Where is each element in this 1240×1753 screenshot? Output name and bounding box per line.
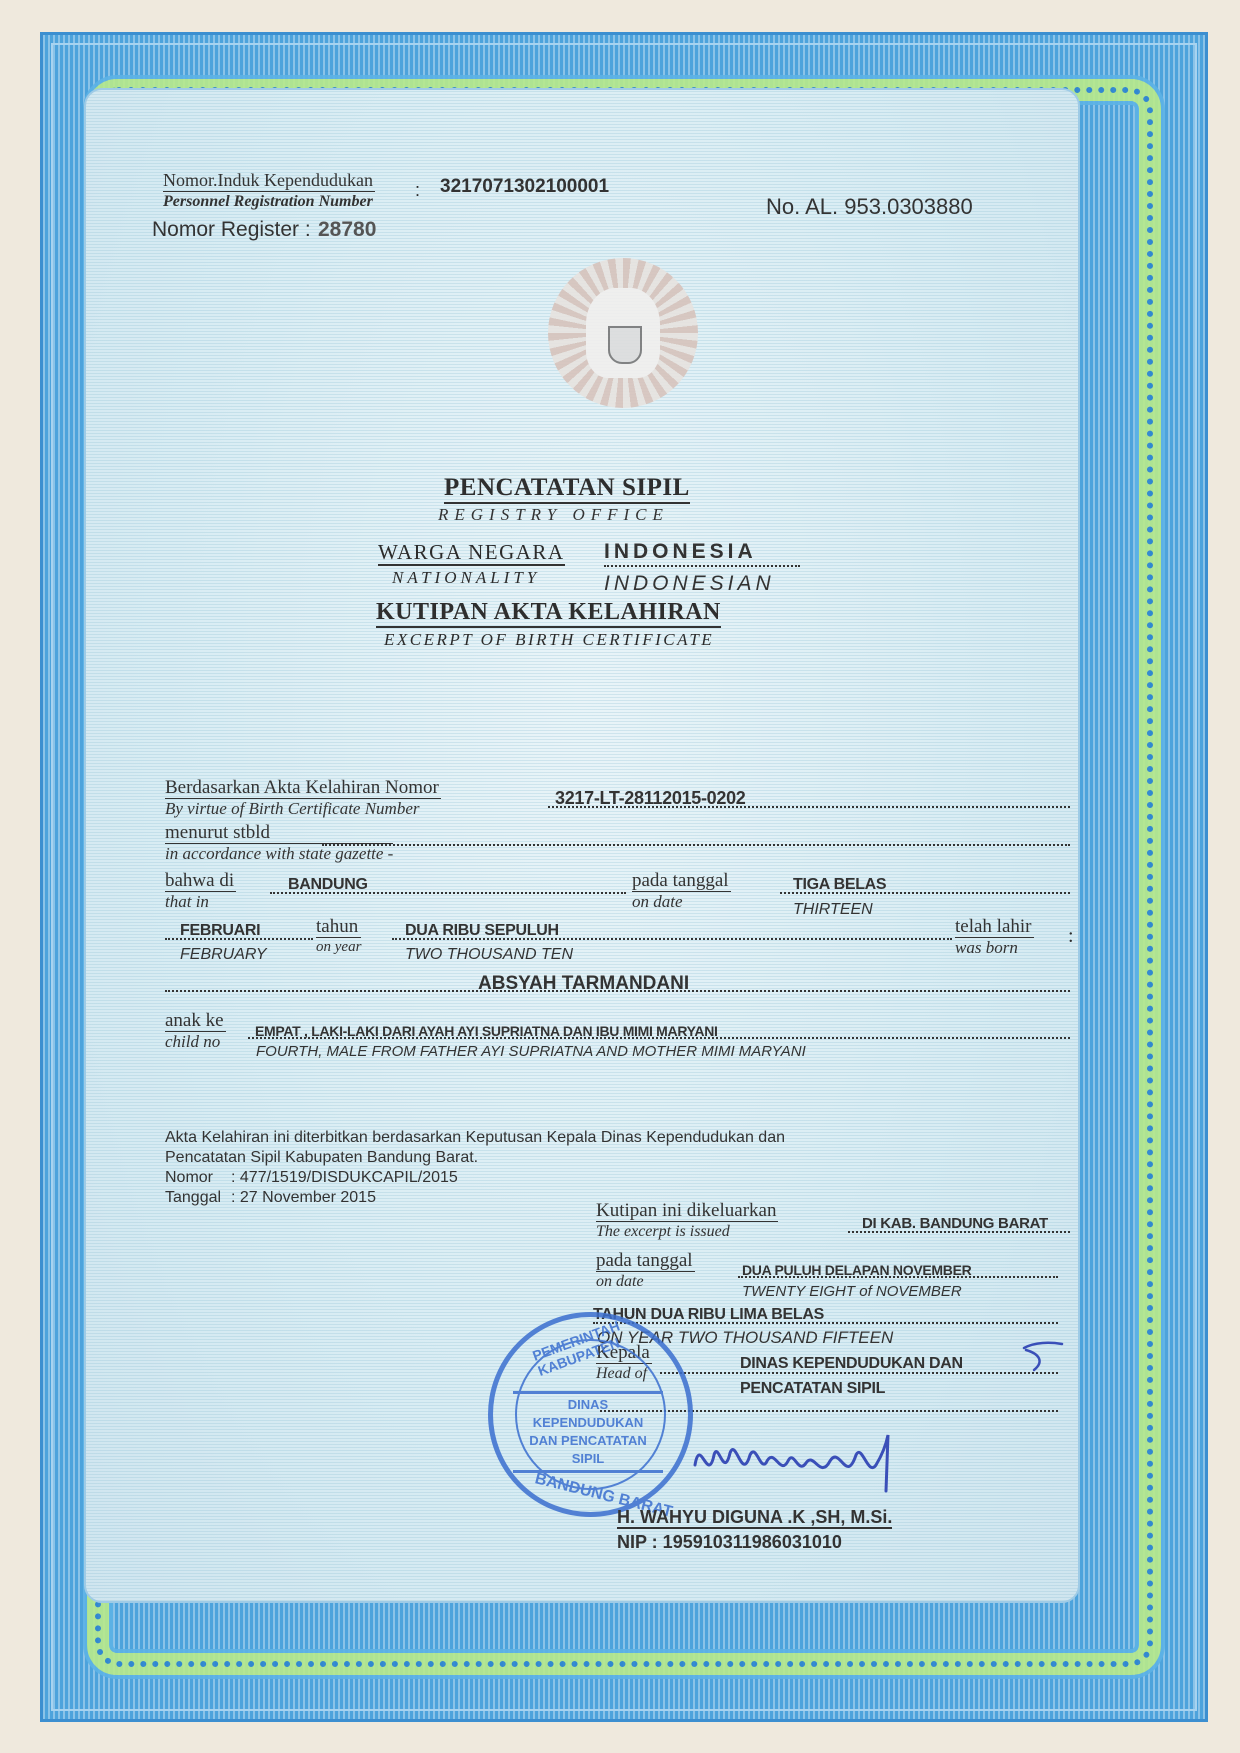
date-dots bbox=[780, 892, 1070, 894]
month-dots bbox=[165, 938, 313, 940]
serial-number: No. AL. 953.0303880 bbox=[766, 194, 973, 220]
signature-icon bbox=[690, 1425, 900, 1495]
issue-date-label-group: pada tanggal on date bbox=[596, 1250, 695, 1291]
stamp-center-text: DINAS KEPENDUDUKAN DAN PENCATATAN SIPIL bbox=[513, 1391, 663, 1473]
issued-label-en: The excerpt is issued bbox=[596, 1222, 778, 1241]
emblem-bird bbox=[586, 288, 660, 378]
born-label: telah lahir bbox=[955, 916, 1034, 938]
decree-line-2: Pencatatan Sipil Kabupaten Bandung Barat… bbox=[165, 1148, 785, 1168]
stbld-label-group: menurut stbld in accordance with state g… bbox=[165, 822, 393, 863]
nik-colon: : bbox=[415, 180, 420, 201]
official-name: H. WAHYU DIGUNA .K ,SH, M.Si. bbox=[617, 1507, 892, 1529]
year-label-group: tahun on year bbox=[316, 916, 361, 957]
issue-date-label: pada tanggal bbox=[596, 1250, 695, 1272]
born-label-group: telah lahir was born bbox=[955, 916, 1034, 957]
year-value-en: TWO THOUSAND TEN bbox=[405, 946, 573, 964]
issue-date-dots bbox=[738, 1276, 1058, 1278]
stbld-label-en: in accordance with state gazette - bbox=[165, 844, 393, 863]
place-label-en: that in bbox=[165, 892, 236, 911]
place-dots bbox=[270, 892, 626, 894]
issued-dots bbox=[848, 1231, 1070, 1233]
year-dots bbox=[392, 938, 952, 940]
child-no-label-group: anak ke child no bbox=[165, 1010, 226, 1051]
head-value-line1: DINAS KEPENDUDUKAN DAN bbox=[740, 1355, 963, 1373]
nationality-dots bbox=[604, 565, 800, 567]
stbld-label: menurut stbld bbox=[165, 822, 393, 844]
office-title-en: REGISTRY OFFICE bbox=[438, 505, 669, 525]
nationality-value-en: INDONESIAN bbox=[604, 572, 775, 596]
decree-nomor-label: Nomor bbox=[165, 1168, 231, 1188]
month-value-en: FEBRUARY bbox=[180, 946, 267, 964]
register-label: Nomor Register : bbox=[152, 218, 311, 242]
nationality-label: WARGA NEGARA bbox=[378, 540, 565, 566]
date-label-en: on date bbox=[632, 892, 731, 911]
date-value-en: THIRTEEN bbox=[793, 901, 873, 919]
stamp-center-line1: DINAS KEPENDUDUKAN bbox=[513, 1396, 663, 1432]
issued-label: Kutipan ini dikeluarkan bbox=[596, 1200, 778, 1222]
issued-label-group: Kutipan ini dikeluarkan The excerpt is i… bbox=[596, 1200, 778, 1241]
cert-number-label: Berdasarkan Akta Kelahiran Nomor bbox=[165, 777, 441, 799]
decree-nomor-value: : 477/1519/DISDUKCAPIL/2015 bbox=[231, 1169, 458, 1186]
official-stamp: DINAS KEPENDUDUKAN DAN PENCATATAN SIPIL … bbox=[488, 1312, 693, 1517]
document-title: KUTIPAN AKTA KELAHIRAN bbox=[376, 599, 721, 628]
office-title: PENCATATAN SIPIL bbox=[444, 474, 690, 504]
place-label-group: bahwa di that in bbox=[165, 870, 236, 911]
child-no-dots bbox=[248, 1037, 1070, 1039]
nik-label-group: Nomor.Induk Kependudukan Personnel Regis… bbox=[163, 170, 375, 211]
year-label: tahun bbox=[316, 916, 361, 938]
stbld-dots bbox=[322, 844, 1070, 846]
date-label: pada tanggal bbox=[632, 870, 731, 892]
register-value: 28780 bbox=[318, 218, 376, 242]
child-no-value-en: FOURTH, MALE FROM FATHER AYI SUPRIATNA A… bbox=[256, 1043, 806, 1060]
child-no-label: anak ke bbox=[165, 1010, 226, 1032]
place-label: bahwa di bbox=[165, 870, 236, 892]
head-value-line2: PENCATATAN SIPIL bbox=[740, 1380, 885, 1398]
nationality-value: INDONESIA bbox=[604, 540, 757, 564]
decree-nomor: Nomor: 477/1519/DISDUKCAPIL/2015 bbox=[165, 1168, 785, 1188]
child-name-dots bbox=[165, 990, 1070, 992]
cert-number-dots bbox=[548, 806, 1070, 808]
nik-value: 3217071302100001 bbox=[440, 176, 609, 198]
issued-value: DI KAB. BANDUNG BARAT bbox=[862, 1215, 1048, 1232]
garuda-emblem-icon bbox=[548, 258, 698, 408]
decree-tanggal-label: Tanggal bbox=[165, 1188, 231, 1208]
nik-label-en: Personnel Registration Number bbox=[163, 192, 375, 211]
stamp-center-line2: DAN PENCATATAN SIPIL bbox=[513, 1432, 663, 1468]
decree-tanggal-value: : 27 November 2015 bbox=[231, 1189, 376, 1206]
cert-number-label-group: Berdasarkan Akta Kelahiran Nomor By virt… bbox=[165, 777, 441, 818]
born-label-en: was born bbox=[955, 938, 1034, 957]
date-label-group: pada tanggal on date bbox=[632, 870, 731, 911]
issue-date-value-en: TWENTY EIGHT of NOVEMBER bbox=[742, 1283, 962, 1300]
cert-number-label-en: By virtue of Birth Certificate Number bbox=[165, 799, 441, 818]
document-title-en: EXCERPT OF BIRTH CERTIFICATE bbox=[384, 630, 714, 650]
nik-label: Nomor.Induk Kependudukan bbox=[163, 170, 375, 192]
pen-mark-icon bbox=[1020, 1340, 1065, 1375]
issue-date-label-en: on date bbox=[596, 1272, 695, 1291]
born-colon: : bbox=[1068, 925, 1074, 948]
year-label-en: on year bbox=[316, 938, 361, 957]
official-nip: NIP : 195910311986031010 bbox=[617, 1532, 842, 1553]
decree-block: Akta Kelahiran ini diterbitkan berdasark… bbox=[165, 1128, 785, 1208]
nationality-label-en: NATIONALITY bbox=[392, 568, 540, 588]
child-no-label-en: child no bbox=[165, 1032, 226, 1051]
emblem-shield-icon bbox=[608, 326, 642, 364]
decree-line-1: Akta Kelahiran ini diterbitkan berdasark… bbox=[165, 1128, 785, 1148]
